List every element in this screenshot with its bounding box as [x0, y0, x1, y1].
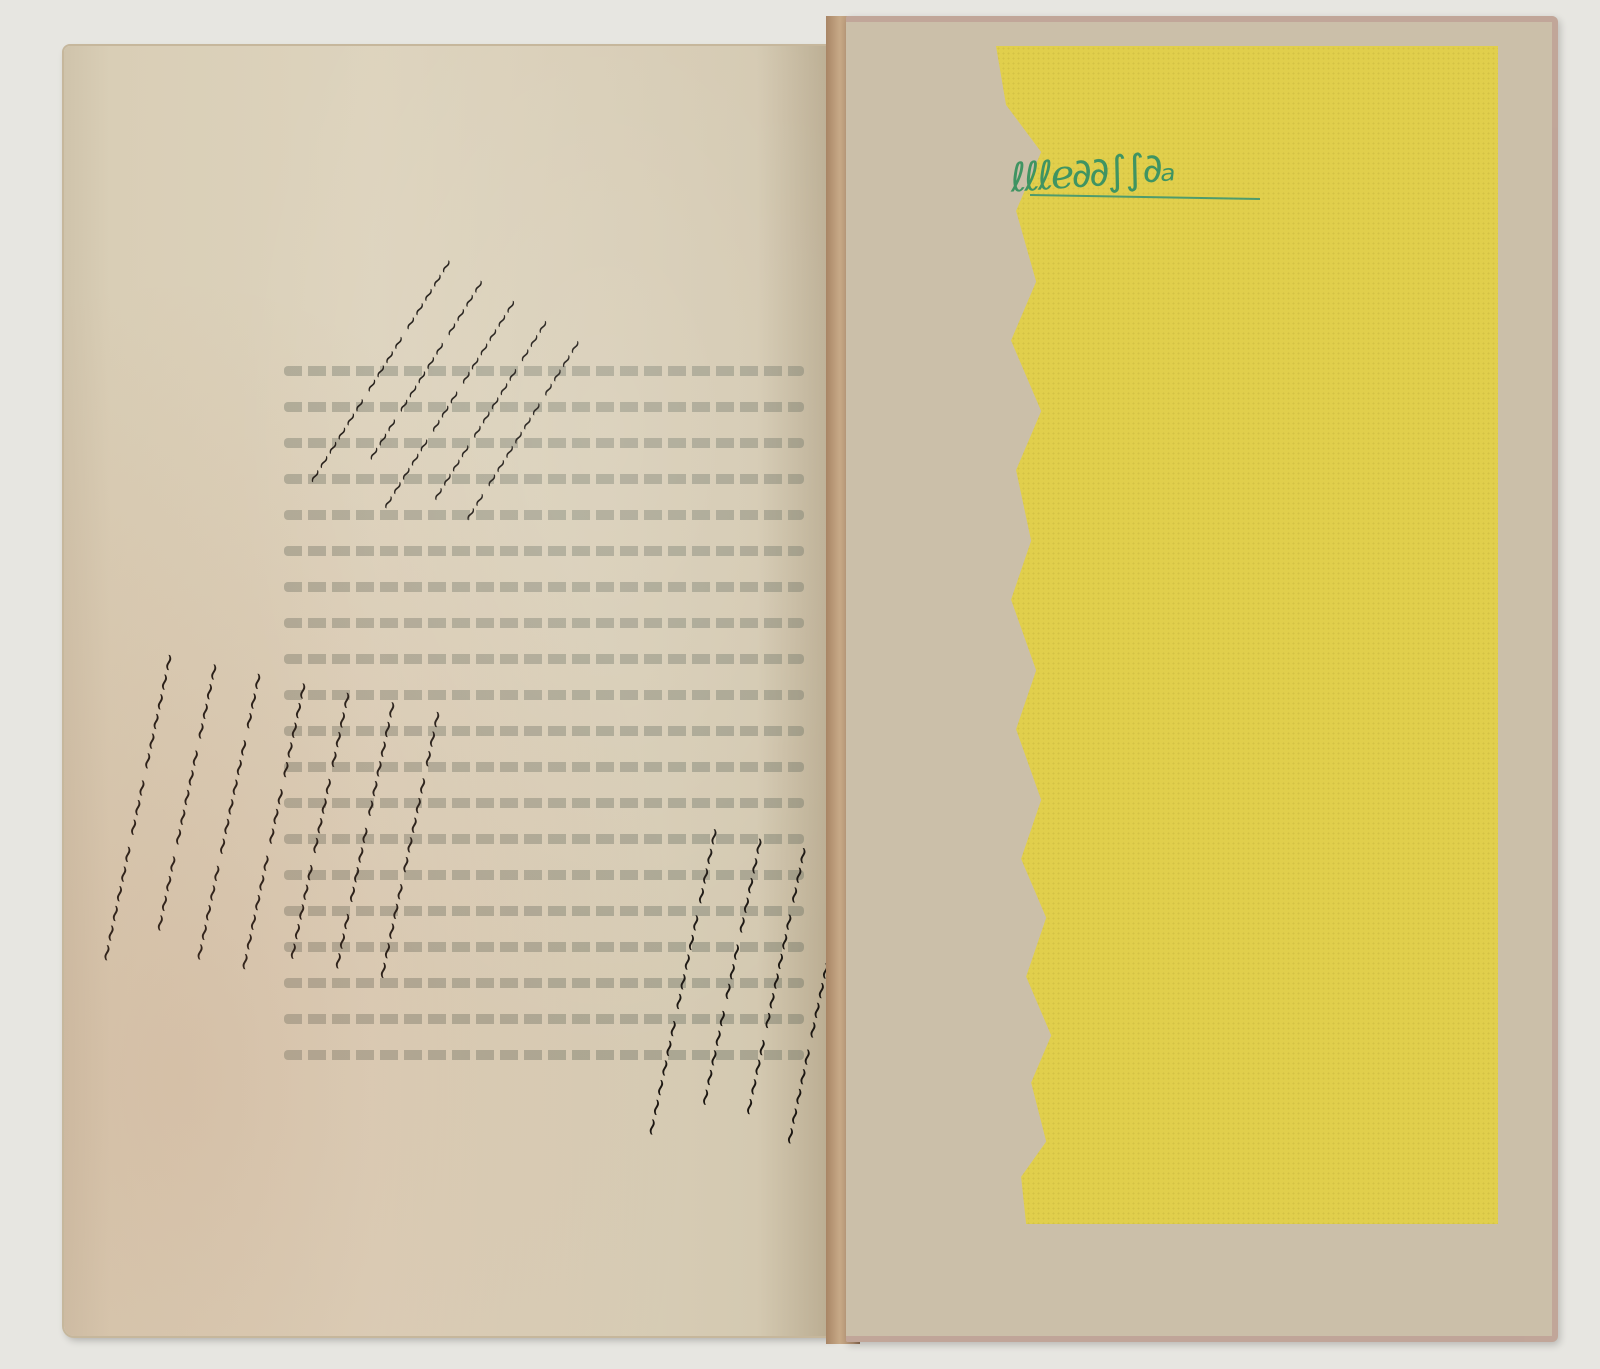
marginal-notes-left: ~~~~~~ ~~~ ~~~~~~~~~~ ~~~~~ ~~~~~~~ ~~~~… [83, 648, 461, 1024]
left-manuscript-page: ~~~~~~ ~~~ ~~~~~~~~~~ ~~~~~ ~~~~~~~ ~~~~… [64, 46, 834, 1336]
inside-cover [846, 16, 1558, 1342]
marginal-notes-middle: ~~~~ ~~~~~ ~~~~~~~~~~~ ~~~ ~~~~~~~~ ~~~~… [628, 822, 834, 1189]
marginal-notes-top: ~~~~~ ~~~~ ~~~~~~~~~~ ~~~~~ ~~~~~~~~~ ~~… [294, 249, 595, 574]
open-manuscript-book: ~~~~~~ ~~~ ~~~~~~~~~~ ~~~~~ ~~~~~~~ ~~~~… [56, 16, 1560, 1344]
faded-main-text [284, 366, 804, 1246]
yellow-pastedown-paper [996, 46, 1498, 1224]
